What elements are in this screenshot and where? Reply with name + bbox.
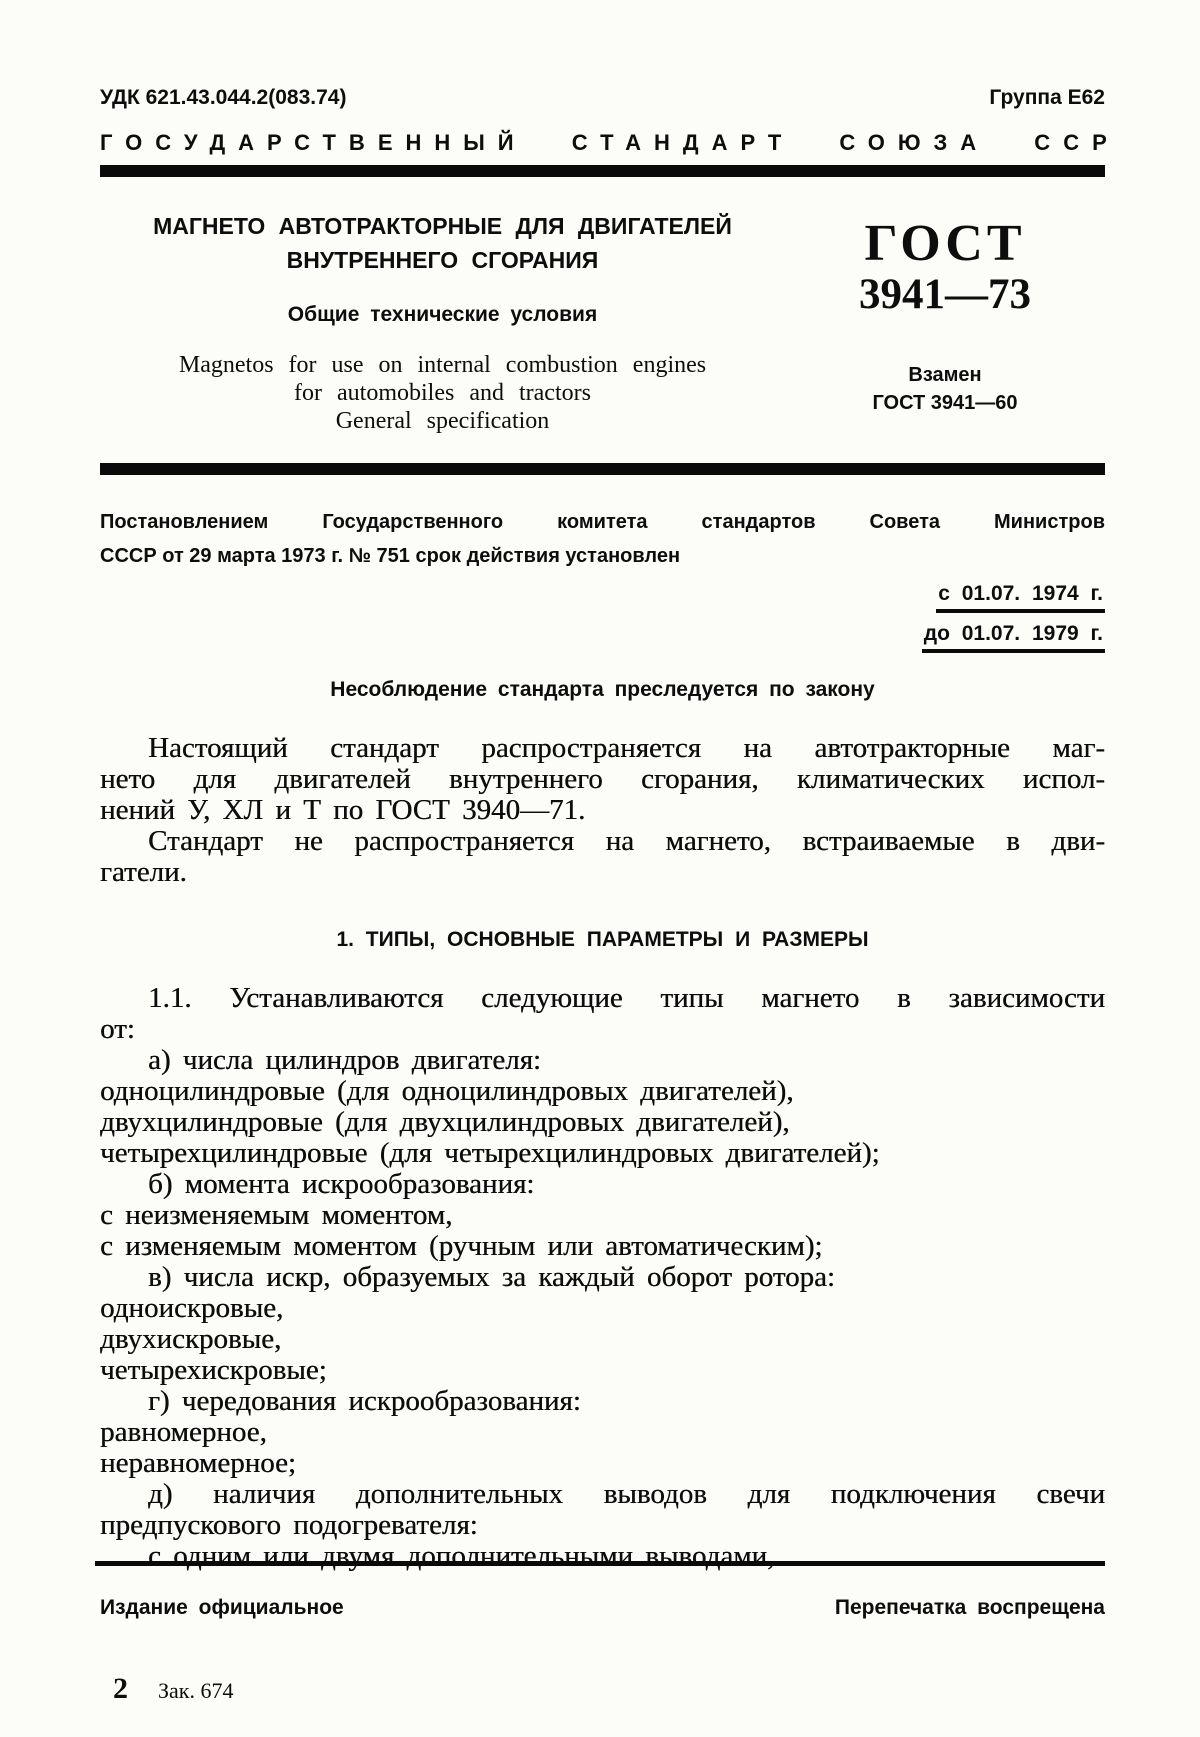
footer-row: Издание официальное Перепечатка воспреще… bbox=[100, 1596, 1105, 1620]
replaces-label: Взамен bbox=[785, 361, 1105, 389]
imprint-row: 2 Зак. 674 bbox=[113, 1672, 233, 1706]
gost-number: 3941—73 bbox=[785, 271, 1105, 319]
header-rule bbox=[100, 165, 1105, 177]
page-number: 2 bbox=[113, 1672, 128, 1706]
body-line: с одним или двумя дополнительными вывода… bbox=[100, 1541, 1105, 1572]
body-line: гатели. bbox=[100, 857, 1105, 888]
body-line: одноцилиндровые (для одноцилиндровых дви… bbox=[100, 1076, 1105, 1107]
decree-line1: Постановлением Государственного комитета… bbox=[100, 505, 1105, 539]
body-line: 1.1. Устанавливаются следующие типы магн… bbox=[100, 983, 1105, 1014]
udk-code: УДК 621.43.044.2(083.74) bbox=[100, 86, 346, 110]
body-line: от: bbox=[100, 1014, 1105, 1045]
title-en-line2: for automobiles and tractors bbox=[130, 379, 755, 407]
body-line: Стандарт не распространяется на магнето,… bbox=[100, 826, 1105, 857]
body-line: Настоящий стандарт распространяется на а… bbox=[100, 733, 1105, 764]
body-line: предпускового подогревателя: bbox=[100, 1510, 1105, 1541]
group-code: Группа Е62 bbox=[989, 86, 1105, 110]
order-number: Зак. 674 bbox=[158, 1678, 233, 1704]
body-line: двухискровые, bbox=[100, 1324, 1105, 1355]
title-en-line1: Magnetos for use on internal combustion … bbox=[130, 351, 755, 379]
validity-dates: с 01.07. 1974 г. до 01.07. 1979 г. bbox=[100, 582, 1105, 653]
footer-rule bbox=[95, 1561, 1105, 1566]
body-line: неравномерное; bbox=[100, 1448, 1105, 1479]
title-block: МАГНЕТО АВТОТРАКТОРНЫЕ ДЛЯ ДВИГАТЕЛЕЙ ВН… bbox=[100, 209, 1105, 435]
intro-paragraphs: Настоящий стандарт распространяется на а… bbox=[100, 733, 1105, 888]
date-from-line: с 01.07. 1974 г. bbox=[100, 582, 1105, 613]
replaces-note: Взамен ГОСТ 3941—60 bbox=[785, 361, 1105, 417]
decree-paragraph: Постановлением Государственного комитета… bbox=[100, 505, 1105, 573]
body-line: четырехцилиндровые (для четырехцилиндров… bbox=[100, 1138, 1105, 1169]
title-en: Magnetos for use on internal combustion … bbox=[130, 351, 755, 435]
footer-official-edition: Издание официальное bbox=[100, 1596, 344, 1620]
body-line: равномерное, bbox=[100, 1417, 1105, 1448]
body-line: д) наличия дополнительных выводов для по… bbox=[100, 1479, 1105, 1510]
types-list: 1.1. Устанавливаются следующие типы магн… bbox=[100, 983, 1105, 1572]
section-rule bbox=[100, 463, 1105, 475]
title-left-column: МАГНЕТО АВТОТРАКТОРНЫЕ ДЛЯ ДВИГАТЕЛЕЙ ВН… bbox=[100, 209, 785, 435]
section-heading: 1. ТИПЫ, ОСНОВНЫЕ ПАРАМЕТРЫ И РАЗМЕРЫ bbox=[100, 928, 1105, 952]
replaces-value: ГОСТ 3941—60 bbox=[785, 389, 1105, 417]
decree-line2: СССР от 29 марта 1973 г. № 751 срок дейс… bbox=[100, 539, 1105, 573]
meta-row: УДК 621.43.044.2(083.74) Группа Е62 bbox=[100, 0, 1105, 110]
standard-header: ГОСУДАРСТВЕННЫЙ СТАНДАРТ СОЮЗА ССР bbox=[100, 130, 1105, 156]
body-line: нений У, ХЛ и Т по ГОСТ 3940—71. bbox=[100, 795, 1105, 826]
designation-column: ГОСТ 3941—73 Взамен ГОСТ 3941—60 bbox=[785, 209, 1105, 435]
title-en-line3: General specification bbox=[130, 407, 755, 435]
body-line: четырехискровые; bbox=[100, 1355, 1105, 1386]
law-notice: Несоблюдение стандарта преследуется по з… bbox=[100, 678, 1105, 702]
body-line: одноискровые, bbox=[100, 1293, 1105, 1324]
body-line: а) числа цилиндров двигателя: bbox=[100, 1045, 1105, 1076]
title-ru: МАГНЕТО АВТОТРАКТОРНЫЕ ДЛЯ ДВИГАТЕЛЕЙ ВН… bbox=[130, 209, 755, 277]
body-line: в) числа искр, образуемых за каждый обор… bbox=[100, 1262, 1105, 1293]
title-ru-line2: ВНУТРЕННЕГО СГОРАНИЯ bbox=[130, 243, 755, 277]
body-line: нето для двигателей внутреннего сгорания… bbox=[100, 764, 1105, 795]
body-line: с неизменяемым моментом, bbox=[100, 1200, 1105, 1231]
date-to: до 01.07. 1979 г. bbox=[922, 622, 1105, 653]
title-subtitle: Общие технические условия bbox=[130, 303, 755, 327]
footer-reprint-notice: Перепечатка воспрещена bbox=[835, 1596, 1105, 1620]
date-from: с 01.07. 1974 г. bbox=[936, 582, 1105, 613]
title-ru-line1: МАГНЕТО АВТОТРАКТОРНЫЕ ДЛЯ ДВИГАТЕЛЕЙ bbox=[130, 209, 755, 243]
date-to-line: до 01.07. 1979 г. bbox=[100, 622, 1105, 653]
body-line: двухцилиндровые (для двухцилиндровых дви… bbox=[100, 1107, 1105, 1138]
body-line: г) чередования искрообразования: bbox=[100, 1386, 1105, 1417]
body-line: б) момента искрообразования: bbox=[100, 1169, 1105, 1200]
gost-word: ГОСТ bbox=[785, 217, 1105, 271]
document-page: УДК 621.43.044.2(083.74) Группа Е62 ГОСУ… bbox=[0, 0, 1200, 1737]
body-line: с изменяемым моментом (ручным или автома… bbox=[100, 1231, 1105, 1262]
